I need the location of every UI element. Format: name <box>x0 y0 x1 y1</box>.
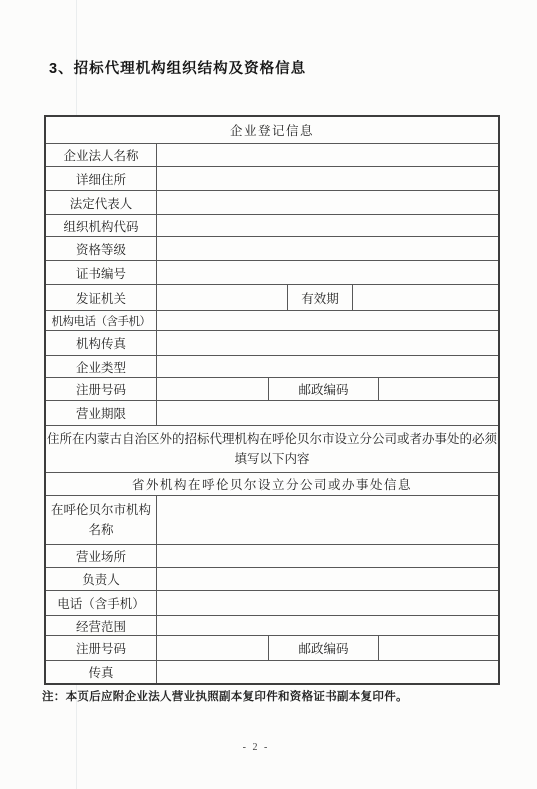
table-row: 经营范围 <box>46 615 498 635</box>
field-label: 有效期 <box>288 285 353 310</box>
field-value <box>157 261 498 284</box>
field-label: 经营范围 <box>46 616 157 635</box>
table-section-header-row: 省外机构在呼伦贝尔设立分公司或办事处信息 <box>46 472 498 495</box>
field-label: 机构电话（含手机） <box>46 311 157 330</box>
table-row: 负责人 <box>46 567 498 590</box>
field-value <box>379 378 498 400</box>
field-value <box>157 568 498 590</box>
table-row: 注册号码 邮政编码 <box>46 635 498 660</box>
field-value <box>157 591 498 615</box>
field-label: 营业场所 <box>46 545 157 567</box>
field-label: 企业类型 <box>46 356 157 377</box>
table-row: 电话（含手机） <box>46 590 498 615</box>
field-label: 营业期限 <box>46 401 157 425</box>
table-row: 在呼伦贝尔市机构 名称 <box>46 495 498 544</box>
table-row: 机构电话（含手机） <box>46 310 498 330</box>
table-row: 企业法人名称 <box>46 143 498 166</box>
field-value <box>157 311 498 330</box>
table-row: 详细住所 <box>46 166 498 190</box>
table-note: 住所在内蒙古自治区外的招标代理机构在呼伦贝尔市设立分公司或者办事处的必须 填写以… <box>46 426 498 472</box>
table-row: 营业期限 <box>46 400 498 425</box>
table-row: 组织机构代码 <box>46 214 498 236</box>
field-label: 法定代表人 <box>46 191 157 214</box>
field-value <box>157 496 498 544</box>
field-label: 机构传真 <box>46 331 157 355</box>
field-value <box>379 636 498 660</box>
table-row: 注册号码 邮政编码 <box>46 377 498 400</box>
field-label: 资格等级 <box>46 237 157 260</box>
field-value <box>353 285 498 310</box>
field-value <box>157 285 288 310</box>
footnote: 注：本页后应附企业法人营业执照副本复印件和资格证书副本复印件。 <box>42 688 408 704</box>
field-value <box>157 191 498 214</box>
page-number: - 2 - <box>0 742 512 753</box>
field-value <box>157 636 269 660</box>
table-section-header-row: 企业登记信息 <box>46 117 498 143</box>
field-value <box>157 167 498 190</box>
field-label: 注册号码 <box>46 378 157 400</box>
field-label: 邮政编码 <box>269 378 379 400</box>
field-value <box>157 616 498 635</box>
page-title: 3、招标代理机构组织结构及资格信息 <box>49 57 306 78</box>
field-value <box>157 545 498 567</box>
section-title: 企业登记信息 <box>46 117 498 143</box>
field-value <box>157 237 498 260</box>
field-label: 企业法人名称 <box>46 144 157 166</box>
table-row: 传真 <box>46 660 498 683</box>
field-value <box>157 331 498 355</box>
field-label: 证书编号 <box>46 261 157 284</box>
table-note-row: 住所在内蒙古自治区外的招标代理机构在呼伦贝尔市设立分公司或者办事处的必须 填写以… <box>46 425 498 472</box>
field-value <box>157 215 498 236</box>
field-value <box>157 378 269 400</box>
field-label: 传真 <box>46 661 157 683</box>
registration-table: 企业登记信息 企业法人名称 详细住所 法定代表人 组织机构代码 资格等级 证书编… <box>44 115 500 685</box>
table-row: 机构传真 <box>46 330 498 355</box>
field-label: 邮政编码 <box>269 636 379 660</box>
table-row: 发证机关 有效期 <box>46 284 498 310</box>
table-row: 资格等级 <box>46 236 498 260</box>
table-row: 证书编号 <box>46 260 498 284</box>
page: 3、招标代理机构组织结构及资格信息 企业登记信息 企业法人名称 详细住所 法定代… <box>0 0 537 789</box>
field-label: 详细住所 <box>46 167 157 190</box>
table-row: 企业类型 <box>46 355 498 377</box>
field-label: 组织机构代码 <box>46 215 157 236</box>
field-label: 负责人 <box>46 568 157 590</box>
field-value <box>157 356 498 377</box>
table-row: 法定代表人 <box>46 190 498 214</box>
table-row: 营业场所 <box>46 544 498 567</box>
field-value <box>157 144 498 166</box>
field-label: 电话（含手机） <box>46 591 157 615</box>
field-label: 在呼伦贝尔市机构 名称 <box>46 496 157 544</box>
section-title: 省外机构在呼伦贝尔设立分公司或办事处信息 <box>46 473 498 495</box>
field-label: 发证机关 <box>46 285 157 310</box>
field-value <box>157 401 498 425</box>
field-value <box>157 661 498 683</box>
field-label: 注册号码 <box>46 636 157 660</box>
